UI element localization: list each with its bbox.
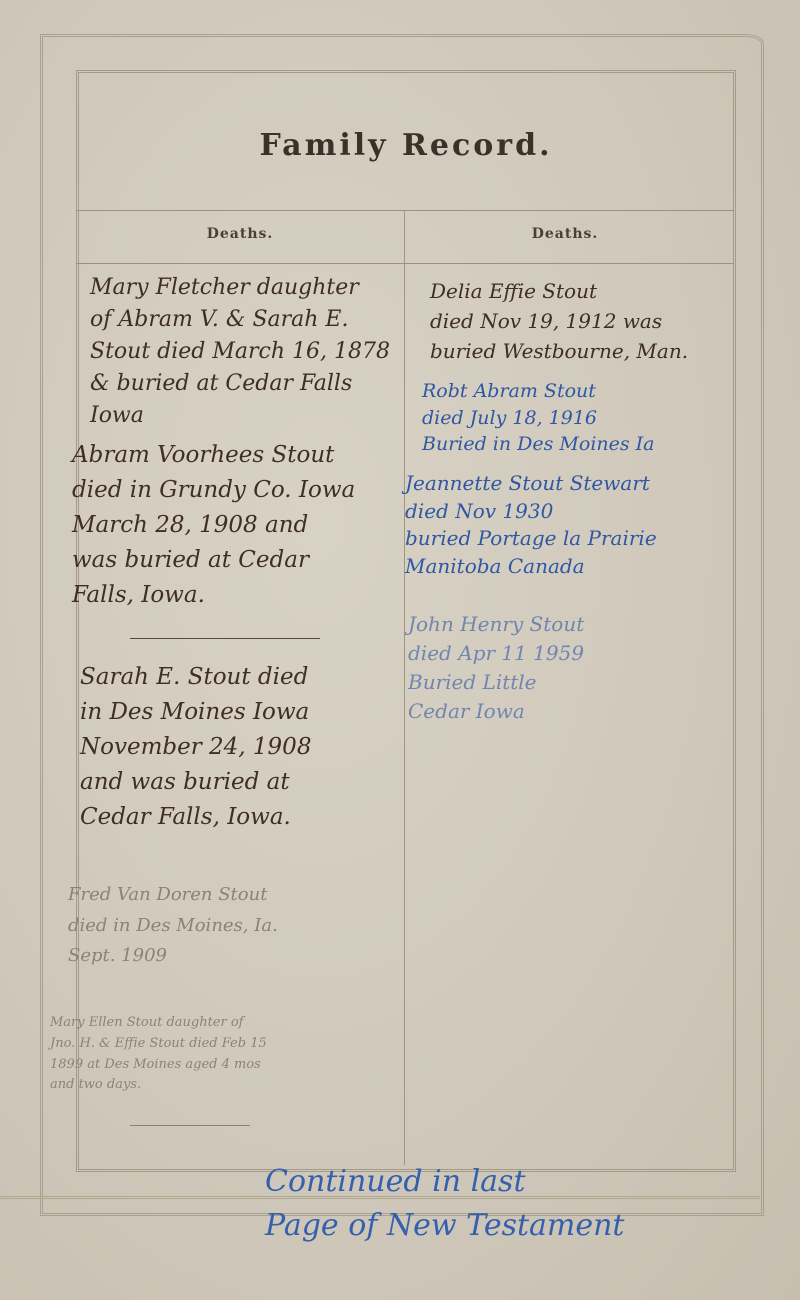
death-entry-delia-effie: Delia Effie Stout died Nov 19, 1912 was … xyxy=(430,276,770,366)
death-entry-abram-voorhees: Abram Voorhees Stout died in Grundy Co. … xyxy=(72,438,392,613)
header-rule-bottom xyxy=(76,263,734,264)
death-entry-mary-ellen: Mary Ellen Stout daughter of Jno. H. & E… xyxy=(50,1013,390,1096)
death-entry-fred-van-doren: Fred Van Doren Stout died in Des Moines,… xyxy=(68,880,388,972)
death-entry-sarah-e: Sarah E. Stout died in Des Moines Iowa N… xyxy=(80,660,390,835)
entry-end-rule xyxy=(130,1125,250,1126)
death-entry-jeannette: Jeannette Stout Stewart died Nov 1930 bu… xyxy=(405,470,775,580)
record-page: Family Record. Deaths. Deaths. Mary Flet… xyxy=(0,0,800,1300)
header-rule-top xyxy=(76,210,734,211)
death-entry-robt-abram: Robt Abram Stout died July 18, 1916 Buri… xyxy=(422,378,772,458)
entry-separator-rule xyxy=(130,638,320,639)
column-header-deaths-left: Deaths. xyxy=(160,226,320,242)
continuation-note: Continued in last Page of New Testament xyxy=(265,1160,785,1247)
death-entry-mary-fletcher: Mary Fletcher daughter of Abram V. & Sar… xyxy=(90,272,395,431)
column-header-deaths-right: Deaths. xyxy=(485,226,645,242)
page-title: Family Record. xyxy=(76,128,736,163)
death-entry-john-henry: John Henry Stout died Apr 11 1959 Buried… xyxy=(408,610,768,726)
column-divider xyxy=(404,210,405,1165)
